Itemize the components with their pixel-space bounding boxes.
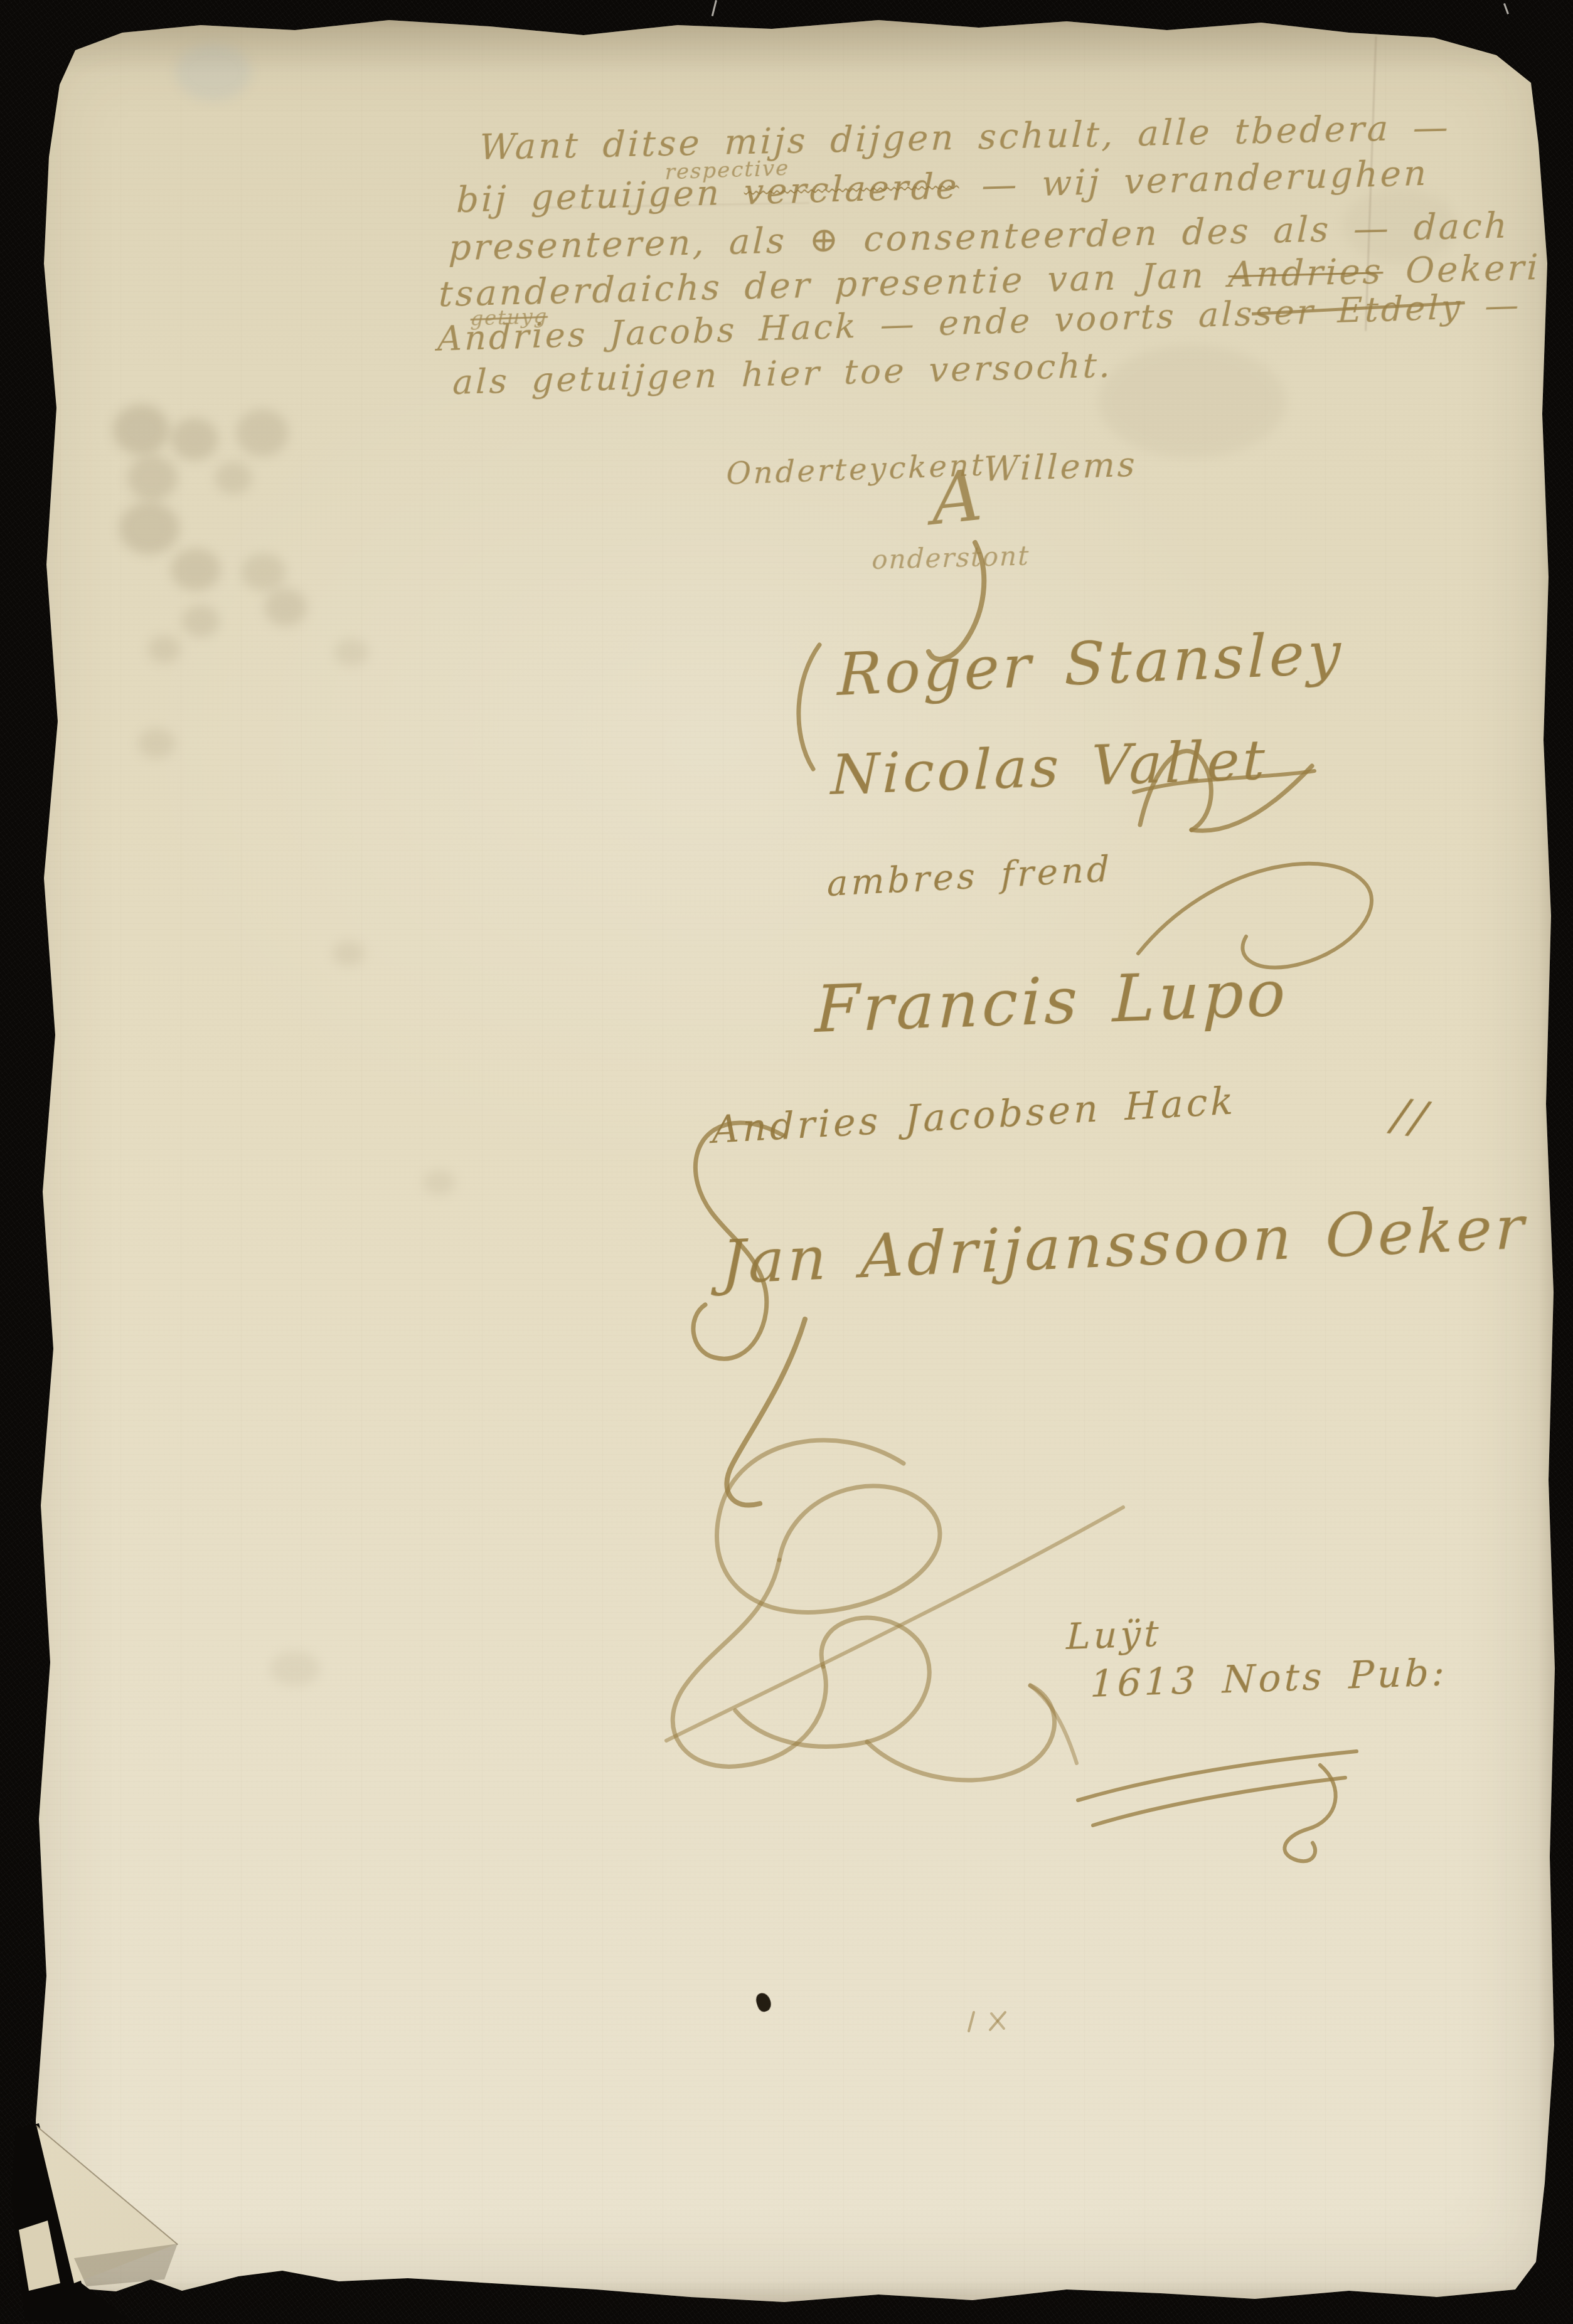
stain [215, 462, 252, 494]
stain [332, 941, 365, 966]
body-line-6: als getuijgen hier toe versocht. [452, 348, 1113, 400]
stain [127, 455, 178, 501]
notary-dateline: 1613 Nots Pub: [1090, 1653, 1448, 1704]
stain [1098, 345, 1286, 458]
manuscript-photograph: Want ditse mijs dijgen schult, alle tbed… [0, 0, 1573, 2324]
closing-monogram: A [930, 460, 986, 536]
signature-francis-lupo: Francis Lupo [814, 962, 1289, 1043]
closing-word-willems: Willems [983, 447, 1138, 487]
stain [138, 728, 176, 758]
stain [241, 553, 286, 591]
stain [423, 1170, 456, 1195]
fabric-thread [1503, 3, 1509, 14]
stain [236, 409, 289, 457]
stray-pen-marks [961, 2006, 1011, 2037]
stain [264, 588, 307, 626]
stain [119, 502, 179, 554]
body-line-4-struck-word: Andries [1228, 251, 1384, 295]
fabric-thread [712, 0, 717, 16]
stain [171, 418, 218, 460]
stain [176, 44, 251, 100]
notary-paraph-flourish [627, 1414, 1142, 1841]
ink-blot [754, 1991, 773, 2013]
stain [270, 1651, 320, 1686]
stain [334, 639, 369, 666]
notary-word-luyt: Luÿt [1066, 1615, 1162, 1655]
stain [182, 605, 220, 637]
body-line-2-pre: bij getuijgen [456, 172, 745, 221]
signature-andries-jacobsen-hack: Andries Jacobsen Hack [712, 1082, 1237, 1149]
signature-ambres-frend: ambres frend [827, 852, 1112, 902]
signature-jan-adrijanssoon-oeker: Jan Adrijanssoon Oeker [721, 1197, 1527, 1293]
body-line-2-struck-word: verclaerde [744, 166, 960, 213]
stain [113, 405, 169, 455]
signature-hack-marks: ∕∕ [1390, 1091, 1432, 1141]
stain [171, 548, 221, 591]
signature-roger-stansley: Roger Stansley [837, 624, 1344, 705]
stain [148, 635, 181, 663]
manuscript-page: Want ditse mijs dijgen schult, alle tbed… [0, 0, 1573, 2324]
closing-onderstont: onderstont [872, 543, 1030, 573]
signature-lead-stroke [784, 639, 828, 777]
notary-underline-flourish [1067, 1726, 1368, 1877]
